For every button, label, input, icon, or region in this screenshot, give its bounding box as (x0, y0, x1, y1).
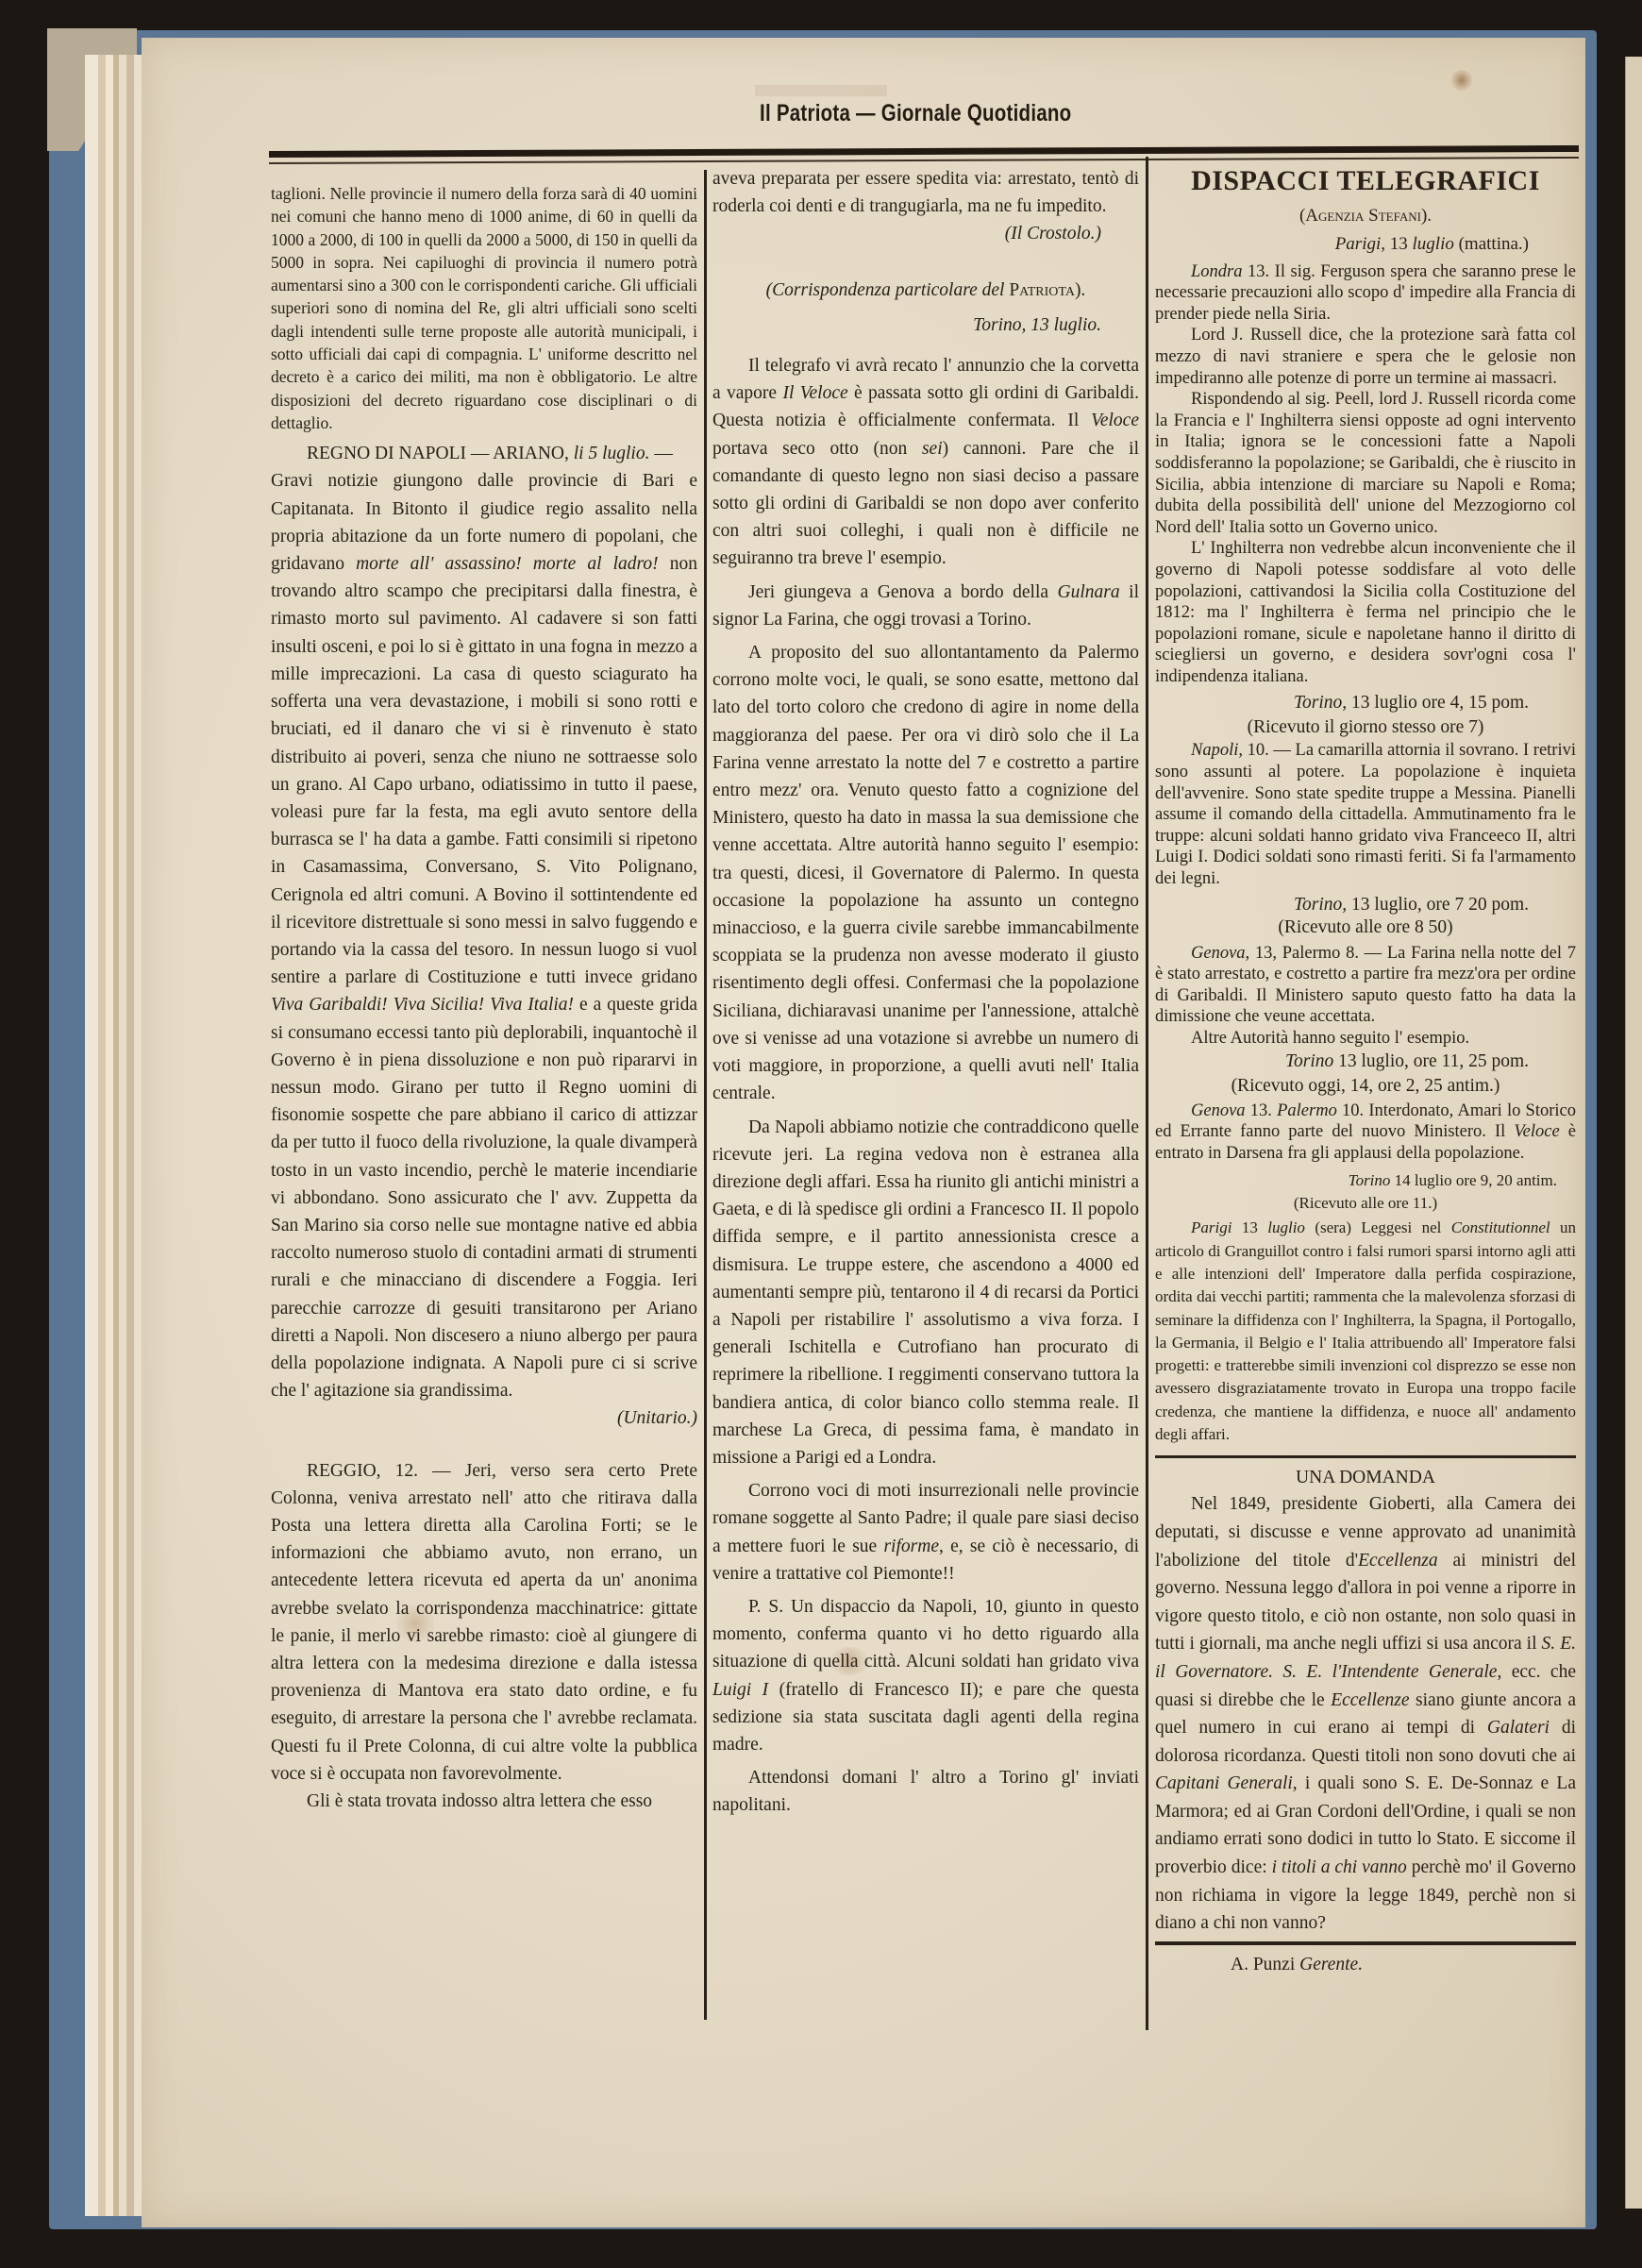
paragraph: Da Napoli abbiamo notizie che contraddic… (712, 1114, 1139, 1472)
dateline: Torino, 13 luglio, ore 7 20 pom. (1155, 894, 1576, 916)
article-una-domanda: Nel 1849, presidente Gioberti, alla Came… (1155, 1490, 1576, 1938)
dateline: REGGIO, 12. — (307, 1461, 451, 1481)
spacer (271, 1433, 697, 1457)
closing-rule (1155, 1941, 1576, 1945)
section-heading: DISPACCI TELEGRAFICI (1155, 162, 1576, 200)
column-1: taglioni. Nelle provincie il numero dell… (271, 182, 697, 1815)
article-napoli: REGNO DI NAPOLI — ARIANO, li 5 luglio. —… (271, 440, 697, 1404)
section-heading: UNA DOMANDA (1155, 1466, 1576, 1490)
column-3: DISPACCI TELEGRAFICI (Agenzia Stefani). … (1155, 162, 1576, 1977)
received-note: (Ricevuto alle ore 11.) (1155, 1192, 1576, 1215)
paragraph: Gli è stata trovata indosso altra letter… (271, 1788, 697, 1815)
received-note: (Ricevuto il giorno stesso ore 7) (1155, 715, 1576, 740)
spacer (712, 339, 1139, 352)
paragraph: Jeri giungeva a Genova a bordo della Gul… (712, 579, 1139, 633)
dateline: Torino 13 luglio, ore 11, 25 pom. (1155, 1050, 1576, 1074)
paragraph: Il telegrafo vi avrà recato l' annunzio … (712, 352, 1139, 573)
bleed-through (755, 85, 887, 96)
dateline: REGNO DI NAPOLI — ARIANO, (307, 444, 569, 463)
dateline: Torino, 13 luglio ore 4, 15 pom. (1155, 691, 1576, 715)
dateline: Parigi, 13 luglio (mattina.) (1155, 231, 1576, 258)
dispatch: Genova, 13, Palermo 8. — La Farina nella… (1155, 943, 1576, 1028)
dispatch: Genova 13. Palermo 10. Interdonato, Amar… (1155, 1100, 1576, 1165)
ink-stain (1451, 70, 1472, 91)
paragraph: A proposito del suo allontantamento da P… (712, 639, 1139, 1107)
dateline: Torino, 13 luglio. (712, 311, 1139, 339)
dispatch: Napoli, 10. — La camarilla attornia il s… (1155, 740, 1576, 889)
dispatch: L' Inghilterra non vedrebbe alcun inconv… (1155, 538, 1576, 687)
section-separator (1155, 1455, 1576, 1458)
paragraph: P. S. Un dispaccio da Napoli, 10, giunto… (712, 1593, 1139, 1758)
spacer (712, 248, 1139, 277)
signature: A. Punzi Gerente. (1155, 1953, 1576, 1977)
paragraph: aveva preparata per essere spedita via: … (712, 165, 1139, 220)
dispatch: Lord J. Russell dice, che la protezione … (1155, 325, 1576, 389)
source-attribution: (Unitario.) (271, 1404, 697, 1432)
article-reggio: REGGIO, 12. — Jeri, verso sera certo Pre… (271, 1457, 697, 1788)
masthead-title: Il Patriota — Giornale Quotidiano (760, 100, 1071, 127)
decree-continuation: taglioni. Nelle provincie il numero dell… (271, 182, 697, 434)
received-note: (Ricevuto alle ore 8 50) (1155, 916, 1576, 939)
column-divider-2 (1146, 157, 1148, 2030)
section-subheading: (Agenzia Stefani). (1155, 206, 1576, 227)
source-attribution: (Il Crostolo.) (712, 220, 1139, 247)
correspondence-heading: (Corrispondenza particolare del Patriota… (712, 277, 1139, 304)
paragraph: Corrono voci di moti insurrezionali nell… (712, 1477, 1139, 1588)
dispatch: Parigi 13 luglio (sera) Leggesi nel Cons… (1155, 1217, 1576, 1446)
dateline: Torino 14 luglio ore 9, 20 antim. (1155, 1169, 1576, 1192)
column-divider-1 (704, 170, 707, 2020)
dispatch: Altre Autorità hanno seguito l' esempio. (1155, 1028, 1576, 1050)
received-note: (Ricevuto oggi, 14, ore 2, 25 antim.) (1155, 1074, 1576, 1099)
dispatch: Londra 13. Il sig. Ferguson spera che sa… (1155, 261, 1576, 326)
page-stack-edges (85, 55, 142, 2216)
dispatch: Rispondendo al sig. Peell, lord J. Russe… (1155, 389, 1576, 538)
column-2: aveva preparata per essere spedita via: … (712, 165, 1139, 1820)
paragraph: Attendonsi domani l' altro a Torino gl' … (712, 1764, 1139, 1819)
next-page-edge (1625, 57, 1642, 2209)
